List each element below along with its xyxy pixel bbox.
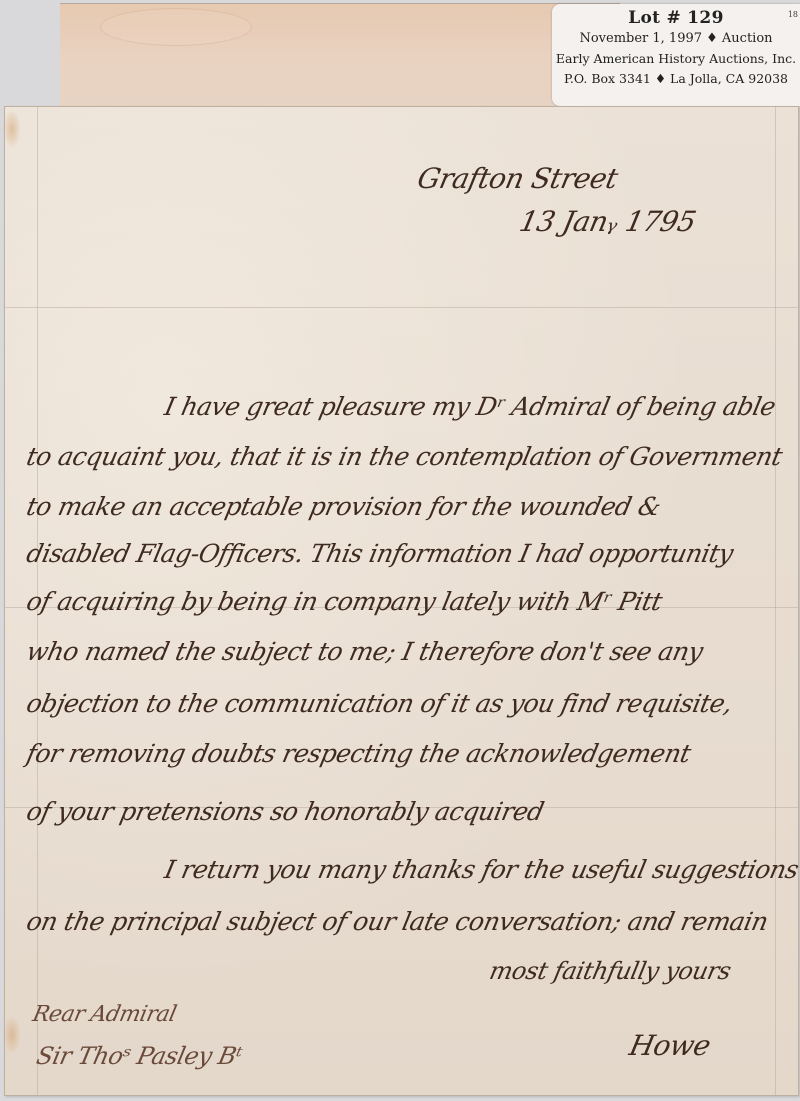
body-line: who named the subject to me; I therefore… <box>24 637 705 666</box>
letter-date: 13 Janᵧ 1795 <box>516 205 698 238</box>
letter-sheet: Grafton Street 13 Janᵧ 1795 I have great… <box>4 106 799 1096</box>
water-stain <box>100 8 252 46</box>
auction-company: Early American History Auctions, Inc. <box>552 49 800 69</box>
letter-address: Grafton Street <box>414 162 620 195</box>
signature: Howe <box>626 1029 713 1062</box>
body-line: to make an acceptable provision for the … <box>24 492 663 521</box>
body-line: on the principal subject of our late con… <box>24 907 771 936</box>
body-line: disabled Flag-Officers. This information… <box>24 539 736 568</box>
fold-line <box>5 307 798 308</box>
body-line: I return you many thanks for the useful … <box>162 855 800 884</box>
recipient-name: Sir Thoˢ Pasley Bᵗ <box>34 1042 244 1070</box>
page-number: 18 <box>788 10 798 19</box>
body-line: for removing doubts respecting the ackno… <box>24 739 693 768</box>
corner-stain <box>3 109 21 149</box>
fold-line <box>775 107 776 1095</box>
body-line: to acquaint you, that it is in the conte… <box>24 442 785 471</box>
backing-paper <box>60 3 620 108</box>
recipient-title: Rear Admiral <box>30 1002 178 1027</box>
auction-date: November 1, 1997 ♦ Auction <box>552 28 800 49</box>
body-line: of acquiring by being in company lately … <box>24 587 665 616</box>
auction-address: P.O. Box 3341 ♦ La Jolla, CA 92038 <box>552 69 800 89</box>
letter-closing: most faithfully yours <box>487 957 733 985</box>
lot-number: Lot # 129 <box>552 8 800 28</box>
body-line: of your pretensions so honorably acquire… <box>24 797 546 826</box>
body-line: objection to the communication of it as … <box>24 689 735 718</box>
auction-lot-label: 18 Lot # 129 November 1, 1997 ♦ Auction … <box>552 4 800 106</box>
body-line: I have great pleasure my Dʳ Admiral of b… <box>162 392 778 421</box>
corner-stain <box>3 1015 21 1055</box>
